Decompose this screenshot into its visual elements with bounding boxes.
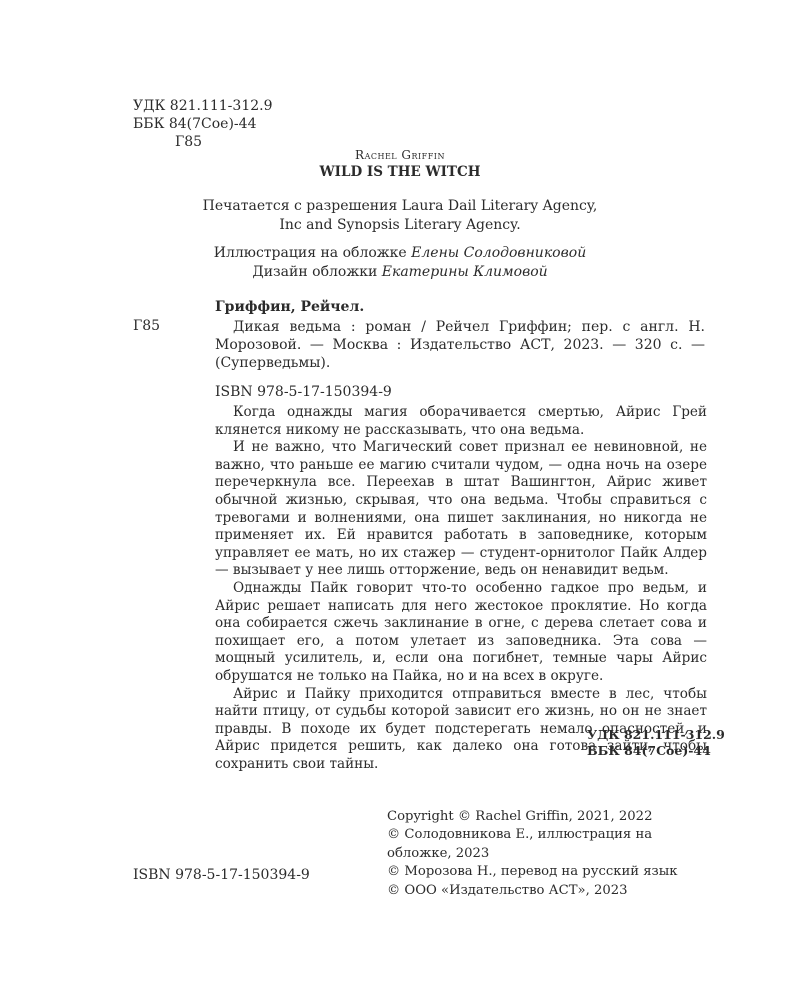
copyright-line: © Солодовникова Е., иллюстрация на облож… [387,826,717,863]
copyright-line: Copyright © Rachel Griffin, 2021, 2022 [387,808,717,826]
illustrator-name: Елены Солодовниковой [411,245,586,261]
permission-notice: Печатается с разрешения Laura Dail Liter… [0,197,800,235]
isbn: ISBN 978-5-17-150394-9 [215,384,392,400]
bibliographic-author-mark: Г85 [133,318,160,334]
udk-code: УДК 821.111-312.9 [133,97,273,115]
classification-codes: УДК 821.111-312.9 ББК 84(7Сое)-44 Г85 [133,97,273,151]
illustration-credit: Иллюстрация на обложке Елены Солодовнико… [0,244,800,263]
bibliographic-description-text: Дикая ведьма : роман / Рейчел Гриффин; п… [215,318,705,372]
footer-classification-codes: УДК 821.111-312.9 ББК 84(7Сое)-44 [587,727,725,759]
original-author: Rachel Griffin [0,148,800,162]
designer-name: Екатерины Климовой [382,264,548,280]
illustration-label: Иллюстрация на обложке [214,245,411,261]
cover-credits: Иллюстрация на обложке Елены Солодовнико… [0,244,800,282]
bbk-code: ББК 84(7Сое)-44 [133,115,273,133]
design-label: Дизайн обложки [252,264,381,280]
permission-line-1: Печатается с разрешения Laura Dail Liter… [0,197,800,216]
annotation-paragraph: Когда однажды магия оборачивается смерть… [215,404,707,439]
permission-line-2: Inc and Synopsis Literary Agency. [0,216,800,235]
copyright-line: © ООО «Издательство АСТ», 2023 [387,882,717,900]
copyright-line: © Морозова Н., перевод на русский язык [387,863,717,881]
footer-bbk-code: ББК 84(7Сое)-44 [587,743,725,759]
copyright-block: Copyright © Rachel Griffin, 2021, 2022 ©… [387,808,717,900]
design-credit: Дизайн обложки Екатерины Климовой [0,263,800,282]
annotation-paragraph: И не важно, что Магический совет признал… [215,439,707,580]
annotation: Когда однажды магия оборачивается смерть… [215,404,707,773]
original-title: WILD IS THE WITCH [0,164,800,180]
footer-isbn: ISBN 978-5-17-150394-9 [133,867,310,883]
bibliographic-description: Дикая ведьма : роман / Рейчел Гриффин; п… [215,318,705,372]
annotation-paragraph: Однажды Пайк говорит что-то особенно гад… [215,580,707,686]
footer-udk-code: УДК 821.111-312.9 [587,727,725,743]
bibliographic-heading: Гриффин, Рейчел. [215,299,364,315]
